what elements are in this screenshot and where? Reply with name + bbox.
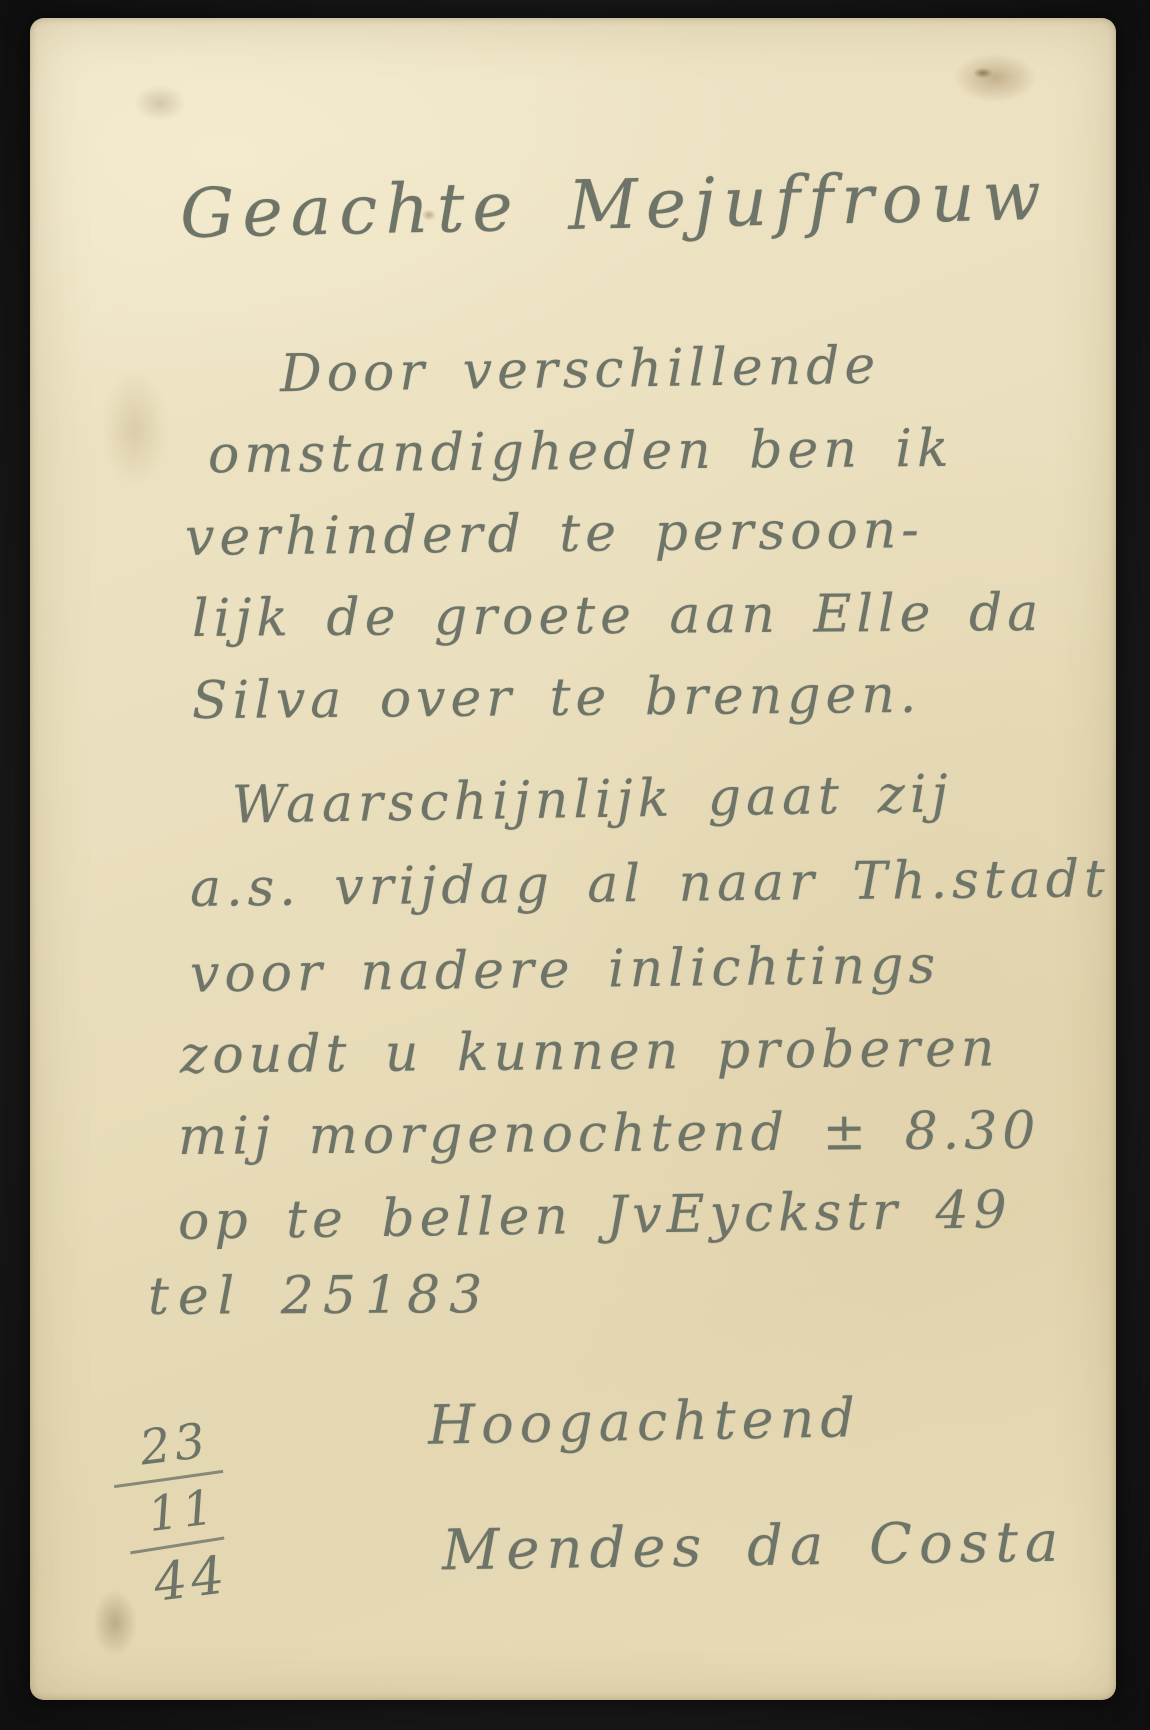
- closing-line: Hoogachtend: [427, 1386, 861, 1457]
- photo-background: Geachte Mejuffrouw Door verschillende om…: [0, 0, 1150, 1730]
- body-line: zoudt u kunnen proberen: [180, 1018, 1000, 1085]
- body-line: Silva over te brengen.: [192, 665, 922, 731]
- body-line: Door verschillende: [280, 336, 881, 404]
- body-line: lijk de groete aan Elle da: [192, 583, 1044, 649]
- body-line: mij morgenochtend ± 8.30: [178, 1101, 1041, 1167]
- telephone-line: tel 25183: [148, 1265, 492, 1327]
- body-line: Waarschijnlijk gaat zij: [232, 764, 953, 835]
- paper-stain: [970, 66, 996, 80]
- body-line: a.s. vrijdag al naar Th.stadt: [190, 849, 1110, 919]
- paper-stain: [90, 348, 180, 508]
- body-line: omstandigheden ben ik: [208, 419, 954, 486]
- date-annotation: 23 11 44: [107, 1409, 260, 1619]
- handwritten-postcard: Geachte Mejuffrouw Door verschillende om…: [30, 18, 1116, 1700]
- paper-stain: [125, 78, 195, 128]
- salutation-line: Geachte Mejuffrouw: [179, 157, 1049, 254]
- body-line: verhinderd te persoon-: [185, 500, 924, 568]
- date-month: 11: [115, 1475, 251, 1548]
- signature: Mendes da Costa: [442, 1510, 1066, 1584]
- paper-stain: [935, 43, 1055, 113]
- body-line: op te bellen JvEyckstr 49: [178, 1180, 1013, 1252]
- body-line: voor nadere inlichtings: [190, 935, 941, 1004]
- date-year: 44: [123, 1542, 260, 1619]
